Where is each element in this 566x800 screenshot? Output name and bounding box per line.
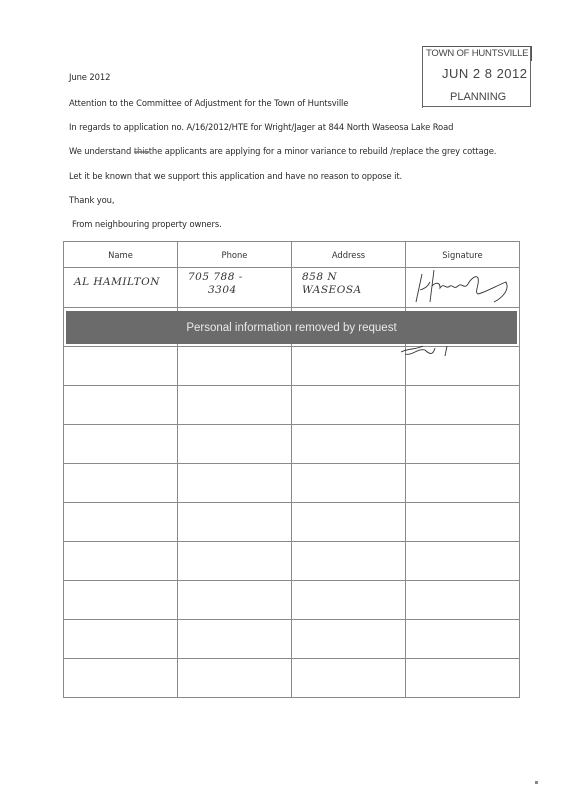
column-header-phone: Phone (178, 242, 292, 268)
table-row: AL HAMILTON 705 788 - 3304 858 N WASEOSA (64, 268, 520, 308)
stamp-department: PLANNING (450, 91, 506, 103)
cell-signature (406, 503, 520, 542)
cell-name (64, 425, 178, 464)
letter-date: June 2012 (69, 72, 110, 82)
cell-signature (406, 425, 520, 464)
handwritten-phone-line2: 3304 (178, 284, 291, 297)
cell-phone (178, 620, 292, 659)
table-row-empty (64, 386, 520, 425)
cell-name (64, 542, 178, 581)
cell-name (64, 503, 178, 542)
cell-name (64, 620, 178, 659)
column-header-address: Address (292, 242, 406, 268)
cell-signature (406, 268, 520, 308)
table-row-empty (64, 620, 520, 659)
cell-signature (406, 464, 520, 503)
cell-name (64, 659, 178, 698)
cell-phone (178, 425, 292, 464)
cell-phone: 705 788 - 3304 (178, 268, 292, 308)
stamp-border-right (530, 46, 531, 106)
table-row-empty (64, 659, 520, 698)
cell-phone (178, 386, 292, 425)
cell-signature (406, 620, 520, 659)
redaction-text: Personal information removed by request (186, 322, 396, 334)
redaction-bar: Personal information removed by request (66, 311, 517, 344)
cell-address (292, 503, 406, 542)
column-header-signature: Signature (406, 242, 520, 268)
cell-address (292, 542, 406, 581)
scan-speck (535, 781, 538, 784)
handwritten-name: AL HAMILTON (64, 268, 177, 289)
handwritten-address-line1: 858 N (292, 268, 405, 284)
cell-address (292, 425, 406, 464)
cell-address (292, 464, 406, 503)
cell-address (292, 347, 406, 386)
stamp-date: JUN 2 8 2012 (442, 66, 528, 81)
cell-phone (178, 659, 292, 698)
cell-name (64, 386, 178, 425)
cell-address (292, 386, 406, 425)
partial-signature-scribble (395, 344, 475, 358)
cell-phone (178, 581, 292, 620)
cell-phone (178, 503, 292, 542)
letter-attention: Attention to the Committee of Adjustment… (69, 98, 348, 108)
cell-address (292, 620, 406, 659)
letter-regarding: In regards to application no. A/16/2012/… (69, 122, 453, 132)
cell-name: AL HAMILTON (64, 268, 178, 308)
cell-phone (178, 542, 292, 581)
table-row-empty (64, 464, 520, 503)
column-header-name: Name (64, 242, 178, 268)
cell-signature (406, 659, 520, 698)
signature-scribble (406, 268, 519, 307)
cell-signature (406, 542, 520, 581)
understand-rest: the applicants are applying for a minor … (149, 146, 497, 156)
understand-prefix: We understand (69, 146, 134, 156)
cell-name (64, 581, 178, 620)
cell-address (292, 581, 406, 620)
handwritten-address-line2: WASEOSA (292, 284, 405, 297)
received-stamp: TOWN OF HUNTSVILLE JUN 2 8 2012 PLANNING (422, 46, 530, 108)
stamp-border-left (422, 46, 423, 108)
letter-thanks: Thank you, (69, 195, 114, 205)
cell-address: 858 N WASEOSA (292, 268, 406, 308)
cell-name (64, 464, 178, 503)
table-header-row: Name Phone Address Signature (64, 242, 520, 268)
cell-phone (178, 347, 292, 386)
letter-understand: We understand thisthe applicants are app… (69, 146, 496, 156)
letter-support: Let it be known that we support this app… (69, 171, 402, 181)
cell-address (292, 659, 406, 698)
cell-signature (406, 386, 520, 425)
table-row-empty (64, 503, 520, 542)
table-row-empty (64, 425, 520, 464)
handwritten-phone-line1: 705 788 - (178, 268, 291, 284)
letter-from: From neighbouring property owners. (72, 219, 222, 229)
table-row-empty (64, 581, 520, 620)
signature-table: Name Phone Address Signature AL HAMILTON… (63, 241, 520, 698)
table-row-empty (64, 542, 520, 581)
cell-phone (178, 464, 292, 503)
cell-name (64, 347, 178, 386)
stamp-town: TOWN OF HUNTSVILLE (426, 48, 528, 59)
stamp-border-bottom (422, 106, 531, 107)
struck-word: this (134, 146, 149, 156)
cell-signature (406, 581, 520, 620)
